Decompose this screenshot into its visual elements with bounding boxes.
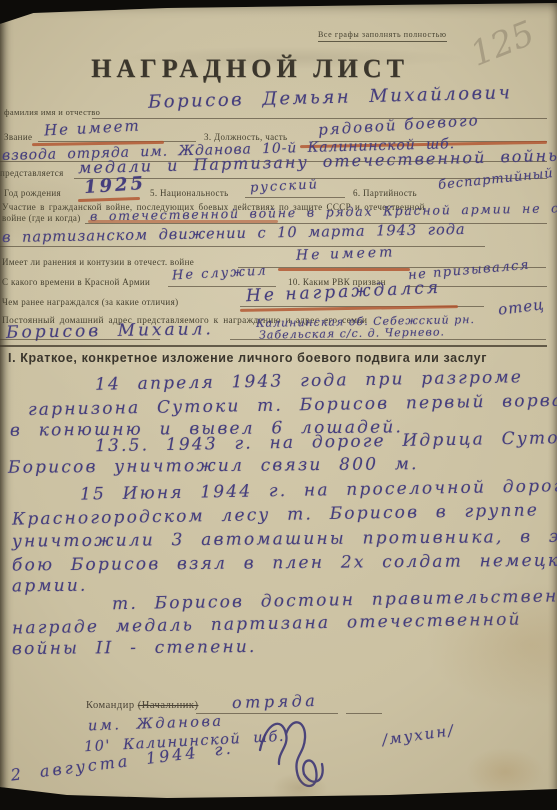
address-relation-value: отец [497,295,545,319]
narrative-line: войны II - степени. [12,637,257,659]
unit-name-line: им. Жданова [88,714,224,735]
document-title: НАГРАДНОЙ ЛИСТ [85,54,415,84]
name-value: Борисов Демьян Михайлович [148,82,513,113]
narrative-line: Красногородском лесу т. Борисов в группе [12,500,539,529]
commander-unit-value: отряда [232,691,319,712]
feat-description-heading: I. Краткое, конкретное изложение личного… [8,351,487,365]
rank-value: Не имеет [44,116,142,139]
nominated-label: представляется [0,168,64,178]
paper-sheet: Все графы заполнять полностью 125 НАГРАД… [0,0,557,810]
section-divider-line [0,345,547,347]
red-army-service-label: С какого времени в Красной Армии [2,277,150,287]
birth-year-value: 1925 [83,173,146,198]
wounds-value: Не имеет [296,244,396,263]
wounds-label: Имеет ли ранения и контузии в отечест. в… [2,257,194,267]
prior-awards-label: Чем ранее награждался (за какие отличия) [2,297,178,307]
ruled-line [230,339,546,340]
chief-label-struck: (Начальник) [138,700,199,711]
narrative-line: бою Борисов взял в плен 2х солдат немецк… [12,550,557,575]
position-value: рядовой боевого [318,111,481,139]
narrative-line: награде медаль партизана отечественной [12,610,522,639]
narrative-line: армии. [12,576,88,597]
party-value: беспартийный [438,166,555,193]
ruled-line [0,246,485,247]
nationality-value: русский [250,177,320,196]
narrative-line: Борисов уничтожил связи 800 м. [8,454,419,478]
red-underline-mark [278,268,410,271]
narrative-line: уничтожили 3 автомашины противника, в эт… [12,526,557,551]
rank-label: Звание [4,132,32,142]
signature-name-value: /мухин/ [381,721,456,749]
commander-signature [252,712,367,792]
nationality-label: 5. Национальность [150,188,229,198]
name-label: фамилия имя и отчество [4,107,100,117]
war-participation-label-line2: войне (где и когда) [2,213,81,223]
ruled-line [245,197,345,198]
commander-label: Командир [86,700,135,711]
narrative-line: 14 апреля 1943 года при разгроме [95,367,523,394]
fill-all-fields-instruction: Все графы заполнять полностью [318,30,447,42]
pencil-page-number: 125 [465,13,540,74]
prior-awards-value: Не награждался [246,278,442,306]
war-participation-value-line2: в партизанском движении с 10 марта 1943 … [2,222,466,246]
birth-year-label: Год рождения [4,188,61,198]
ruled-line [0,339,160,340]
party-label: 6. Партийность [353,188,417,198]
scanned-award-document: Все графы заполнять полностью 125 НАГРАД… [0,0,557,810]
narrative-line: 15 Июня 1944 г. на проселочной дороге в [80,475,557,504]
